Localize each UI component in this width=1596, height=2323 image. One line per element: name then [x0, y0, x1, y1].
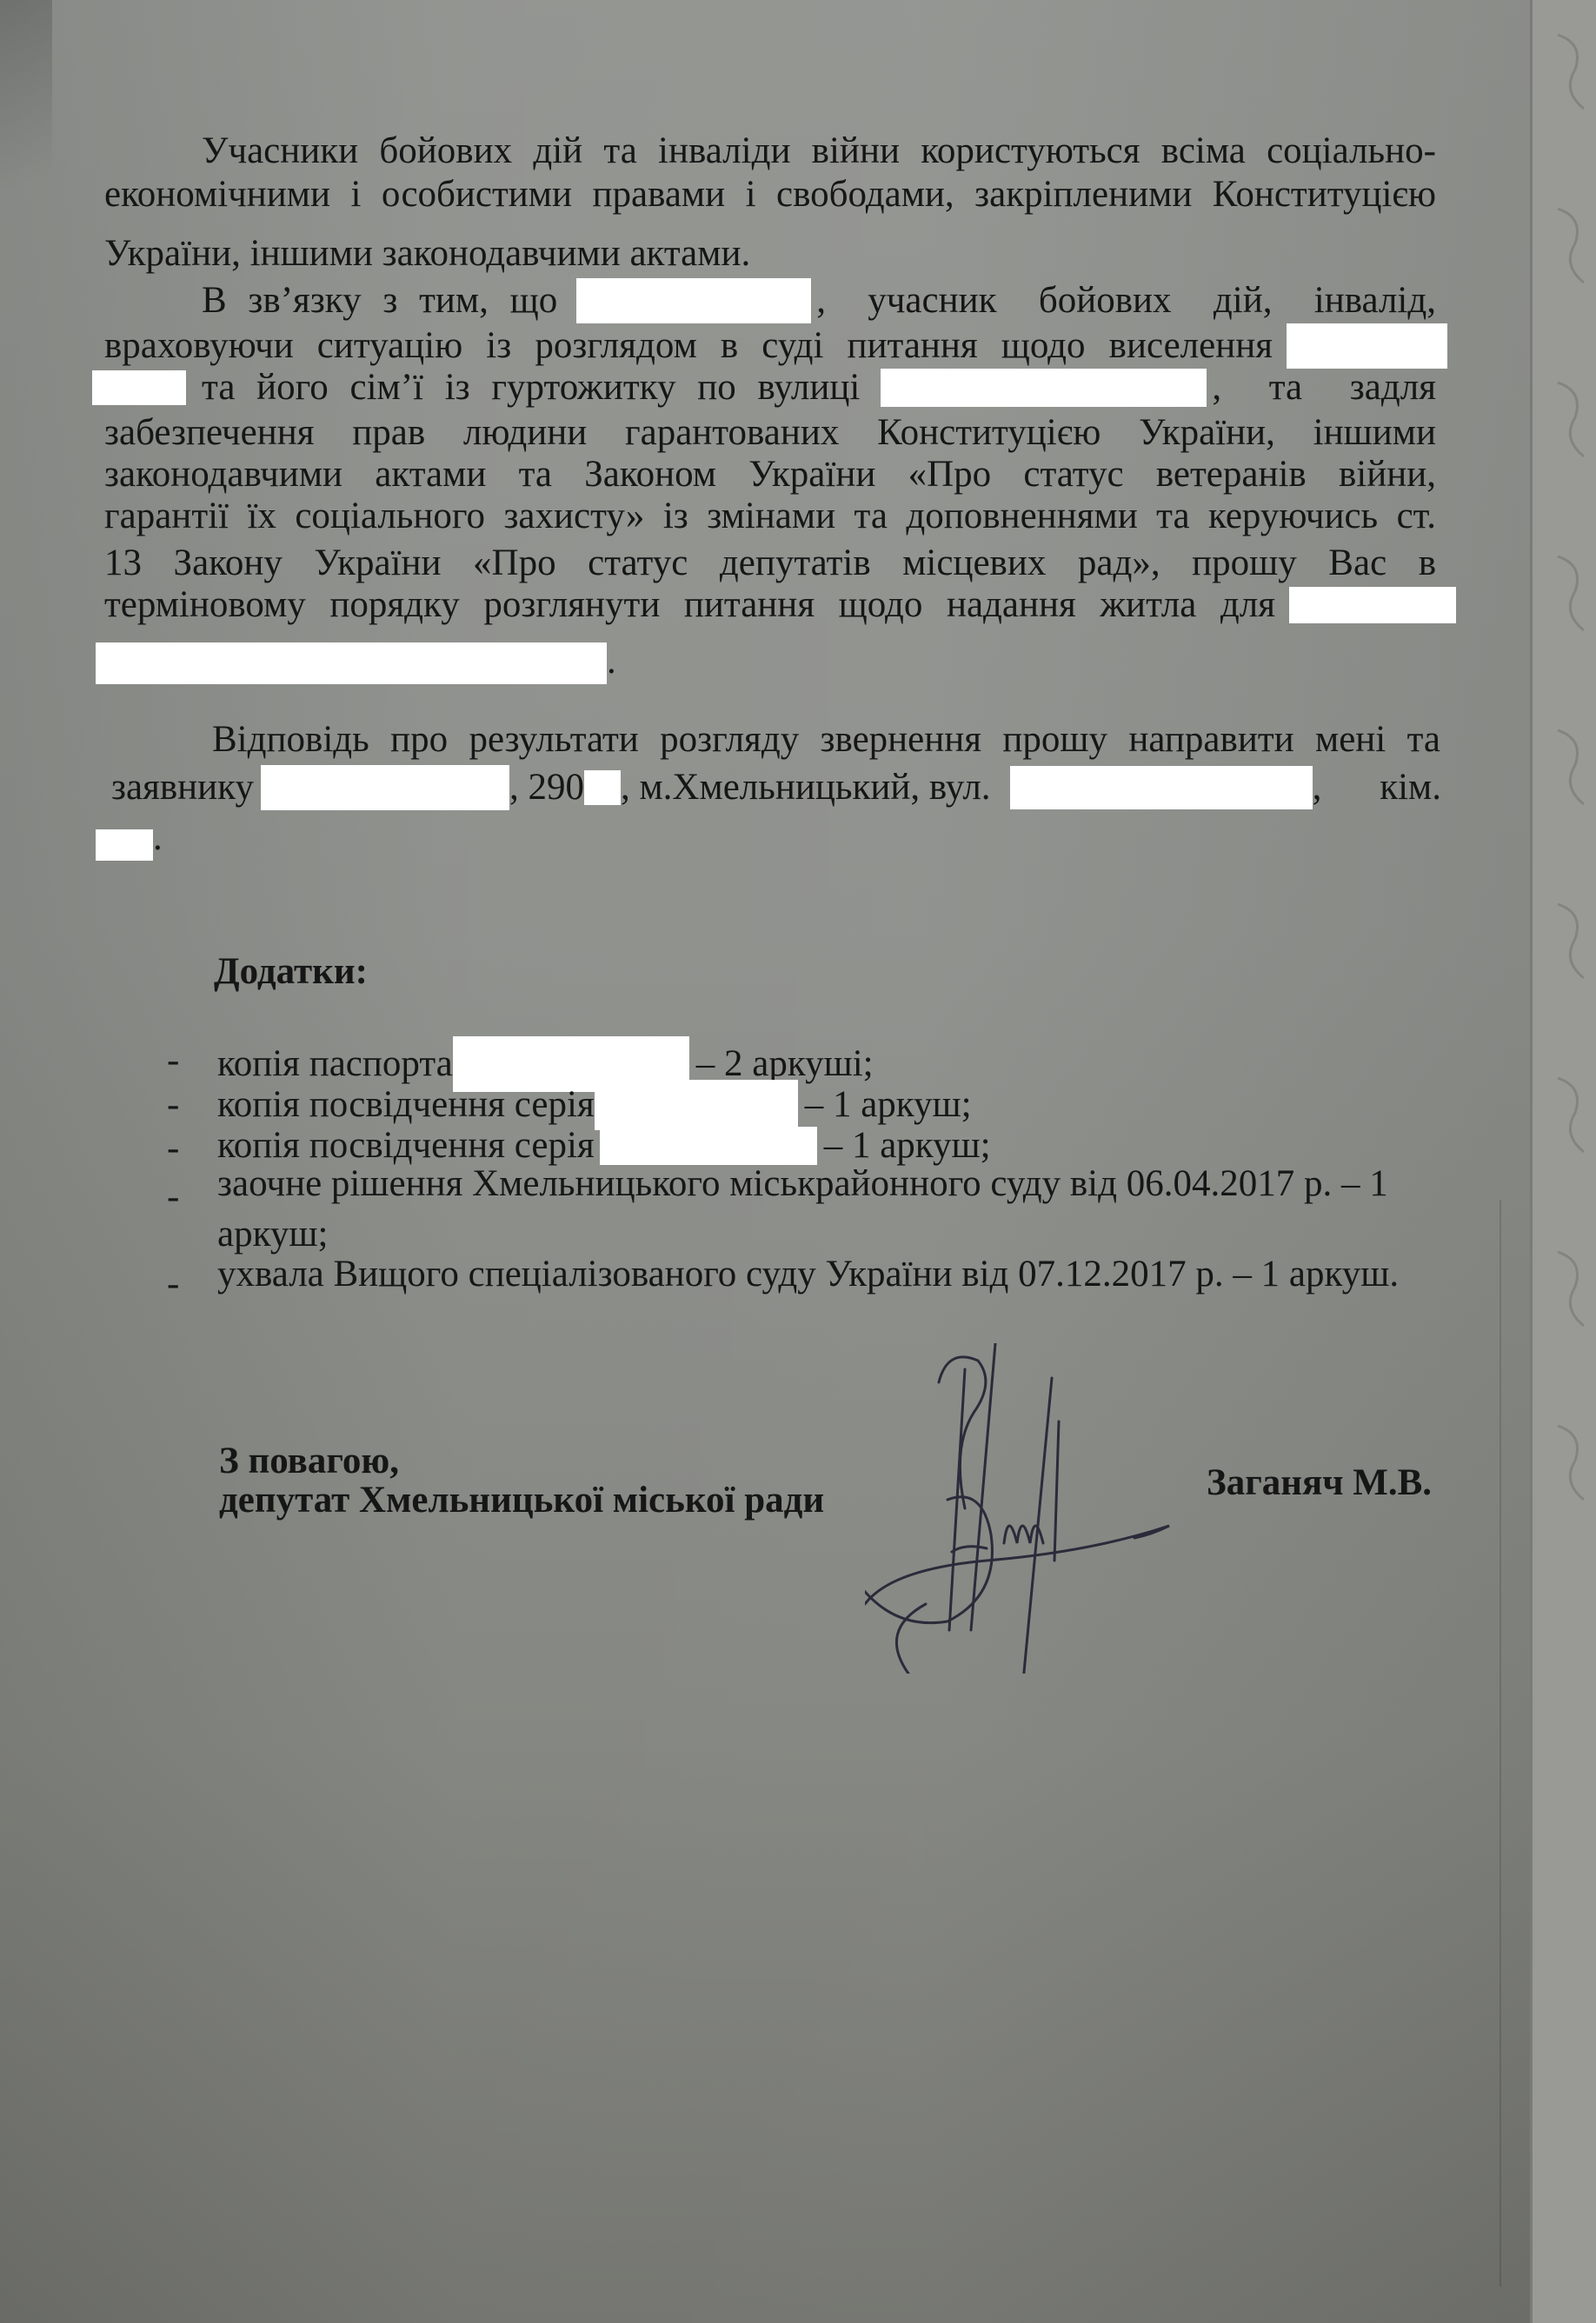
paragraph2-line3: та його сім’ї із гуртожитку по вулиці , … — [92, 365, 1436, 410]
closing-position: депутат Хмельницької міської ради — [219, 1478, 824, 1523]
redacted-room — [96, 829, 153, 861]
paragraph2-line5: законодавчими актами та Законом України … — [104, 452, 1436, 497]
paragraph1-line2: економічними і особистими правами і своб… — [104, 172, 1436, 217]
paragraph2-line2: враховуючи ситуацію із розглядом в суді … — [104, 323, 1447, 369]
redacted-name — [96, 642, 607, 684]
redacted-name — [92, 370, 186, 405]
attachments-heading: Додатки: — [214, 949, 368, 995]
paragraph2-line1: В зв’язку з тим, що , учасник бойових ді… — [202, 278, 1436, 323]
redacted-street — [881, 369, 1207, 407]
paragraph2-line9: . — [96, 639, 616, 684]
paragraph2-line8: терміновому порядку розглянути питання щ… — [104, 582, 1456, 628]
paragraph2-line6: гарантії їх соціального захисту» із змін… — [104, 494, 1436, 539]
text: враховуючи ситуацію із розглядом в суді … — [104, 323, 1273, 369]
redacted-name — [1287, 323, 1447, 369]
text: , кім. — [1313, 765, 1441, 810]
paragraph3-line1: Відповідь про результати розгляду зверне… — [212, 717, 1440, 762]
text: терміновому порядку розглянути питання щ… — [104, 582, 1275, 628]
text: В зв’язку з тим, що — [202, 278, 557, 323]
bullet: - — [167, 1039, 179, 1082]
text: , 290 — [509, 765, 584, 810]
redacted-name — [576, 278, 811, 323]
bullet: - — [167, 1262, 179, 1305]
paragraph2-line7: 13 Закону України «Про статус депутатів … — [104, 541, 1436, 586]
paragraph1-line3: України, іншими законодавчими актами. — [104, 231, 750, 276]
handwritten-signature — [865, 1343, 1282, 1674]
bullet: - — [167, 1175, 179, 1218]
redacted-name — [1289, 587, 1456, 623]
text: . — [607, 639, 616, 684]
paragraph1-line1: Учасники бойових дій та інваліди війни к… — [202, 129, 1436, 174]
text: , м.Хмельницький, вул. — [621, 765, 991, 810]
attachment-item-4: заочне рішення Хмельницького міськрайонн… — [217, 1161, 1388, 1207]
attachment-item-5: ухвала Вищого спеціалізованого суду Укра… — [217, 1252, 1399, 1297]
text: . — [153, 815, 163, 861]
text: , та задля — [1212, 365, 1436, 410]
paragraph2-line4: забезпечення прав людини гарантованих Ко… — [104, 410, 1436, 456]
paragraph3-line2: заявнику , 290 , м.Хмельницький, вул. , … — [111, 765, 1441, 810]
text: копія посвідчення серія — [217, 1082, 595, 1128]
redacted-certificate — [600, 1127, 817, 1165]
bullet: - — [167, 1083, 179, 1126]
redacted-name — [261, 765, 509, 810]
text: заявнику — [111, 765, 254, 810]
text: та його сім’ї із гуртожитку по вулиці — [202, 365, 860, 410]
text: – 1 аркуш; — [805, 1082, 972, 1128]
text: , учасник бойових дій, інвалід, — [816, 278, 1436, 323]
paragraph3-line3: . — [96, 815, 163, 861]
bullet: - — [167, 1127, 179, 1169]
redacted-street — [1010, 766, 1313, 809]
paper-shadow — [0, 0, 52, 261]
ornament-pattern — [1540, 0, 1596, 1652]
underlying-sheet-edge — [1500, 1200, 1501, 2286]
redacted-postcode — [584, 770, 621, 805]
attachment-item-4-cont: аркуш; — [217, 1212, 328, 1257]
